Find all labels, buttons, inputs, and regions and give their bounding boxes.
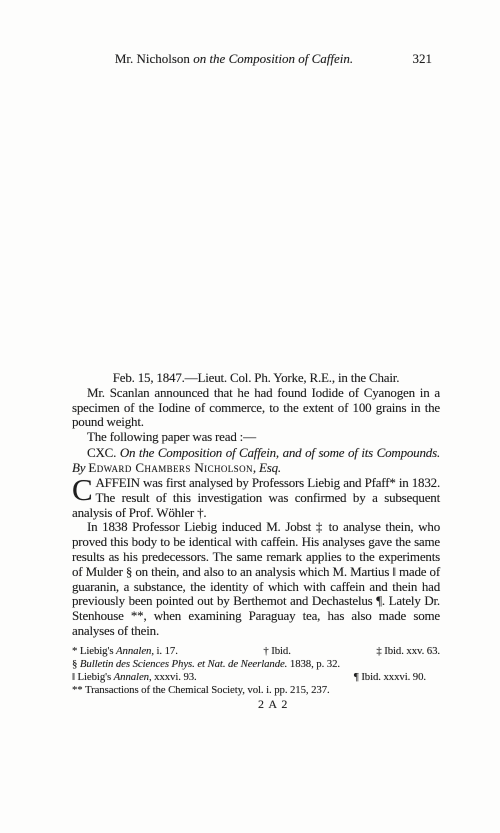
signature-mark: 2 A 2: [72, 698, 440, 711]
article-author: Edward Chambers Nicholson: [88, 460, 253, 475]
footnote-double-bar: ‖ Liebig's Annalen, xxxvi. 93.: [72, 671, 197, 684]
lead-caps: AFFEIN: [95, 475, 139, 490]
chair-line: Feb. 15, 1847.—Lieut. Col. Ph. Yorke, R.…: [72, 371, 440, 386]
lead-paragraph: CAFFEIN was first analysed by Professors…: [72, 476, 440, 520]
page-number: 321: [413, 51, 433, 67]
footnote-line-3: ‖ Liebig's Annalen, xxxvi. 93. ¶ Ibid. x…: [72, 671, 440, 684]
article-title: On the Composition of Caffein, and of so…: [120, 445, 440, 460]
running-header: Mr. Nicholson on the Composition of Caff…: [72, 51, 440, 67]
article-heading: CXC. On the Composition of Caffein, and …: [72, 445, 440, 476]
footnote-pilcrow: ¶ Ibid. xxxvi. 90.: [354, 671, 440, 684]
running-title-italic: on the Composition of Caffein.: [193, 51, 353, 66]
paragraph-paper-read: The following paper was read :—: [72, 430, 440, 445]
scanned-journal-page: Mr. Nicholson on the Composition of Caff…: [0, 0, 500, 833]
article-number: CXC.: [87, 445, 120, 460]
footnote-dagger: † Ibid.: [263, 645, 291, 658]
page-body: Feb. 15, 1847.—Lieut. Col. Ph. Yorke, R.…: [72, 371, 440, 711]
article-byline-by: By: [72, 460, 88, 475]
drop-cap: C: [72, 476, 95, 502]
footnote-line-4: ** Transactions of the Chemical Society,…: [72, 684, 440, 697]
paragraph-announcement: Mr. Scanlan announced that he had found …: [72, 386, 440, 430]
body-paragraph: In 1838 Professor Liebig induced M. Jobs…: [72, 520, 440, 638]
footnote-double-dagger: ‡ Ibid. xxv. 63.: [376, 645, 440, 658]
article-author-esq: , Esq.: [253, 460, 281, 475]
footnotes: * Liebig's Annalen, i. 17. † Ibid. ‡ Ibi…: [72, 645, 440, 711]
footnote-line-1: * Liebig's Annalen, i. 17. † Ibid. ‡ Ibi…: [72, 645, 440, 658]
running-title: Mr. Nicholson on the Composition of Caff…: [72, 51, 440, 67]
footnote-line-2: § Bulletin des Sciences Phys. et Nat. de…: [72, 658, 440, 671]
running-title-roman: Mr. Nicholson: [115, 51, 193, 66]
footnote-asterisk: * Liebig's Annalen, i. 17.: [72, 645, 178, 658]
